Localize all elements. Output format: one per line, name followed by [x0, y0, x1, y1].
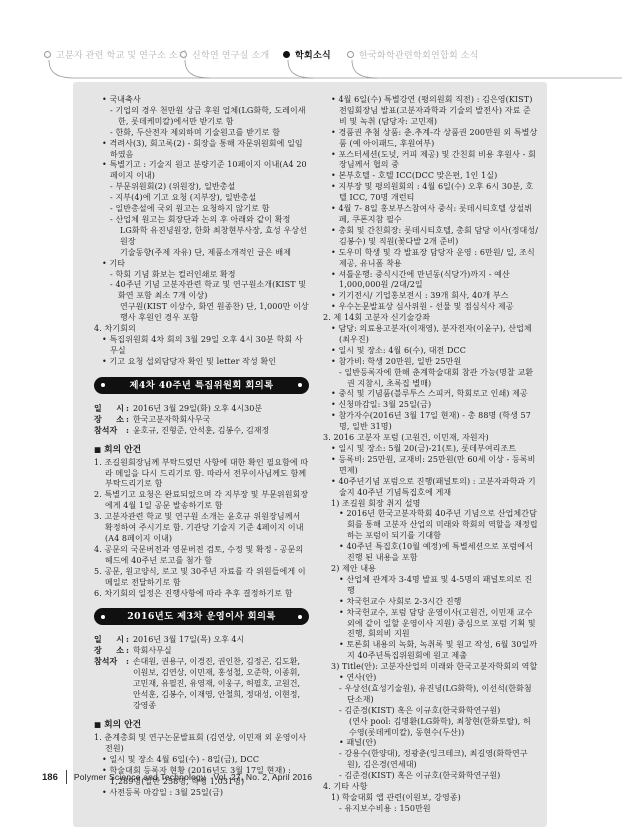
text-line: • 4월 7- 8일 홍보부스참여사 중식: 롯데시티호텔 상설뷔페, 쿠폰지참… — [323, 204, 538, 226]
text-line: 2. 제 14회 고분자 신기술강좌 — [323, 313, 538, 324]
spacer — [94, 599, 309, 606]
text-line: • 연사(안) — [323, 673, 538, 684]
meta-row: 장 소:한국고분자학회사무국 — [94, 414, 309, 425]
text-line: • 차국헌교수 사회로 2-3시간 진행 — [323, 597, 538, 608]
text-line: • 일시 및 장소: 4월 6(수), 대전 DCC — [323, 346, 538, 357]
text-line: - 지부(4)에 기고 요청 (지부장), 일반총설 — [94, 193, 309, 204]
square-bullet-icon: ■ — [94, 445, 101, 454]
text-line: • 특집위원회 4차 회의 3월 29일 오후 4시 30분 학회 사무실 — [94, 335, 309, 357]
meta-colon: : — [126, 645, 129, 656]
bar-dot-icon — [298, 615, 302, 619]
meta-value: 손대원, 권용구, 이경진, 권인찬, 김정곤, 김도환, 이원보, 김연상, … — [133, 656, 309, 711]
text-line: • 참가자수(2016년 3월 17일 현재) - 총 88명 (학생 57명,… — [323, 411, 538, 433]
text-line: 1. 춘계총회 및 연구논문발표회 (김연상, 이민재 외 운영이사 전원) — [94, 733, 309, 755]
square-bullet-icon: ■ — [94, 720, 101, 729]
text-line: • 40주년기념 포럼으로 진행(패널토의) : 고분자과학과 기술지 40주년… — [323, 477, 538, 499]
meta-colon: : — [126, 634, 129, 645]
text-line: • 총회 및 간친회장: 롯데시티호텔, 총회 담당 이사(정대성/ 김봉수) … — [323, 226, 538, 248]
left-column: • 국내축사- 기업의 경우 천만원 상금 후원 업체(LG화학, 도레이새한,… — [94, 95, 309, 815]
text-line: 1) 조길원 회장 취지 설명 — [323, 499, 538, 510]
spacer — [94, 368, 309, 375]
text-line: • 차국헌교수, 포럼 담당 운영이사(고원건, 이민재 교수 외에 같이 일할… — [323, 608, 538, 641]
page-footer: 186 Polymer Science and Technology Vol. … — [42, 770, 602, 784]
text-line: LG화학 유진녕원장, 한화 최창현부사장, 효성 우상선원장 — [94, 226, 309, 248]
text-line: • 신청마감일: 3월 25일(금) — [323, 400, 538, 411]
tab-label: 학회소식 — [295, 48, 331, 61]
meta-value: 한국고분자학회사무국 — [133, 414, 309, 425]
text-line: 1) 학술대회 앱 관련(이원보, 강영종) — [323, 793, 538, 804]
text-line: • 담당: 의료용고분자(이재영), 분자전자(이윤구), 산업체(최우진) — [323, 324, 538, 346]
agenda-heading-text: 회의 안건 — [104, 445, 141, 455]
text-line: - 유지보수비용 : 150만원 — [323, 804, 538, 815]
tab-circle-icon — [44, 51, 51, 58]
tab-lab-intro[interactable]: 신학연 연구실 소개 — [180, 48, 270, 61]
text-line: • 도우미 학생 및 각 발표장 담당자 운영 : 6만원/ 일, 조식 제공,… — [323, 248, 538, 270]
section-header-bar: 제4차 40주년 특집위원회 회의록 — [94, 377, 309, 394]
meta-colon: : — [126, 414, 129, 425]
spacer — [94, 711, 309, 718]
text-line: • 셔틀운행: 중식시간에 만년동(식당가)까지 - 예산 1,000,000원… — [323, 270, 538, 292]
text-line: - 기업의 경우 천만원 상금 후원 업체(LG화학, 도레이새한, 롯데케미칼… — [94, 106, 309, 128]
tab-polymer-schools[interactable]: 고분자 관련 학교 및 연구소 소개 — [44, 48, 187, 61]
text-line: • 본부호텔 - 호텔 ICC(DCC 맞은편, 1인 1실) — [323, 171, 538, 182]
agenda-heading-text: 회의 안건 — [104, 720, 141, 730]
text-line: 4. 공문의 국문버전과 영문버전 검토, 수정 및 확정 - 공문의 헤드에 … — [94, 545, 309, 567]
text-line: • 지부장 및 평의원회의 : 4월 6일(수) 오후 6시 30분, 호텔 I… — [323, 182, 538, 204]
text-line: 연구원(KIST 이상수, 화연 원종찬) 단, 1,000만 이상 행사 후원… — [94, 302, 309, 324]
section-header-bar: 2016년도 제3차 운영이사 회의록 — [94, 608, 309, 625]
meta-label: 장 소 — [94, 414, 124, 425]
text-line: - 김준경(KIST) 혹은 이규호(한국화학연구원) — [323, 706, 538, 717]
page-number: 186 — [42, 772, 58, 783]
meta-colon: : — [126, 403, 129, 414]
text-line: 2. 특별기고 요청은 완료되었으며 각 지부장 및 부문위원회장에게 4월 1… — [94, 490, 309, 512]
issue-info: Vol. 27, No. 2, April 2016 — [213, 772, 312, 782]
text-line: 6. 차기회의 일정은 진행사항에 따라 추후 결정하기로 함 — [94, 589, 309, 600]
text-line: • 우수논문발표상 심사위원 - 선물 및 점심식사 제공 — [323, 302, 538, 313]
text-line: - 학회 기념 화보는 컬러인쇄로 확정 — [94, 270, 309, 281]
meta-label: 장 소 — [94, 645, 124, 656]
tab-circle-icon — [180, 51, 187, 58]
meta-colon: : — [126, 425, 129, 436]
meta-label: 일 시 — [94, 634, 124, 645]
text-line: 5. 공문, 원고양식, 로고 및 30주년 자료를 각 위원들에게 이메일로 … — [94, 567, 309, 589]
tab-label: 고분자 관련 학교 및 연구소 소개 — [56, 48, 187, 61]
text-line: • 특별기고 : 기술지 원고 분량기준 10페이지 이내(A4 20페이지 이… — [94, 160, 309, 182]
text-line: • 격려사(3), 회고록(2) - 회장을 통해 자문위원회에 일임하였음 — [94, 139, 309, 161]
text-line: - 일반총설에 국외 원고는 요청하지 않기로 함 — [94, 204, 309, 215]
journal-title: Polymer Science and Technology — [74, 772, 206, 782]
text-line: - 한화, 두산전자 제외하며 기술원고를 받기로 함 — [94, 128, 309, 139]
bar-dot-icon — [298, 383, 302, 387]
meta-label: 참석자 — [94, 656, 124, 711]
meta-row: 일 시:2016년 3월 29일(화) 오후 4시30분 — [94, 403, 309, 414]
content-box: • 국내축사- 기업의 경우 천만원 상금 후원 업체(LG화학, 도레이새한,… — [73, 82, 547, 827]
text-line: - 산업체 원고는 회장단과 논의 후 아래와 같이 확정 — [94, 215, 309, 226]
meta-row: 일 시:2016년 3월 17일(목) 오후 4시 — [94, 634, 309, 645]
text-line: - 우상선(효성기술원), 유진녕(LG화학), 이선석(한화첨단소재) — [323, 684, 538, 706]
tab-label: 신학연 연구실 소개 — [192, 48, 270, 61]
text-line: 3) Title(안): 고분자산업의 미래와 한국고분자학회의 역할 — [323, 662, 538, 673]
meta-label: 참석자 — [94, 425, 124, 436]
text-line: 3. 고분자관련 학교 및 연구원 소개는 윤호규 위원장님께서 확정하여 주시… — [94, 512, 309, 545]
text-line: • 4월 6일(수) 특별강연 (평의원회 직전) : 김은영(KIST) 전임… — [323, 95, 538, 128]
text-line: 1. 조길원회장님께 부탁드렸던 사항에 대한 확인 필요함에 따라 메일을 다… — [94, 458, 309, 491]
meta-row: 장 소:학회사무실 — [94, 645, 309, 656]
right-column: • 4월 6일(수) 특별강연 (평의원회 직전) : 김은영(KIST) 전임… — [323, 95, 538, 815]
tab-circle-icon — [283, 51, 290, 58]
text-line: • 기고 요청 섭외담당자 확인 및 letter 작성 확인 — [94, 357, 309, 368]
meta-row: 참석자:윤호규, 진형준, 안석훈, 김봉수, 김재정 — [94, 425, 309, 436]
section-title: 제4차 40주년 특집위원회 회의록 — [105, 377, 298, 394]
text-line: • 기기전시/ 기업홍보전시 : 39개 회사, 40개 부스 — [323, 291, 538, 302]
text-line: - 부문위원회(2) (위원장), 일반총설 — [94, 182, 309, 193]
spacer — [94, 396, 309, 403]
agenda-heading: ■회의 안건 — [94, 444, 309, 456]
tab-society-news[interactable]: 학회소식 — [283, 48, 331, 61]
text-line: • 경품권 추첨 상품: 춘.추계-각 상품권 200만원 외 특별상품 (예 … — [323, 128, 538, 150]
text-line: 3. 2016 고분자 포럼 (고원건, 이민재, 자원자) — [323, 433, 538, 444]
meta-colon: : — [126, 656, 129, 711]
spacer — [94, 436, 309, 443]
text-line: - 40주년 기념 고분자관련 학교 및 연구원소개(KIST 및 화연 포함 … — [94, 280, 309, 302]
meta-value: 학회사무실 — [133, 645, 309, 656]
text-line: • 사전등록 마감일 : 3월 25일(금) — [94, 788, 309, 799]
text-line: • 2016년 한국고분자학회 40주년 기념으로 산업체간담회를 통해 고분자… — [323, 509, 538, 542]
text-line: • 산업체 관계자 3-4명 발표 및 4-5명의 패널토의로 진행 — [323, 575, 538, 597]
meta-label: 일 시 — [94, 403, 124, 414]
meta-value: 윤호규, 진형준, 안석훈, 김봉수, 김재정 — [133, 425, 309, 436]
text-line: • 40주년 특집호(10월 예정)에 특별세션으로 포럼에서 진행 된 내용을… — [323, 542, 538, 564]
text-line: 기술동향(주제 자유) 단, 제품소개적인 글은 배제 — [94, 248, 309, 259]
tab-circle-icon — [347, 51, 354, 58]
text-line: - 일반등록자에 한해 춘계학술대회 참관 가능(명찰 교환권 지참시, 초록집… — [323, 368, 538, 390]
tab-label: 한국화학관련학회연합회 소식 — [359, 48, 479, 61]
text-line: • 중식 및 기념품(블루투스 스피커, 학회로고 인쇄) 제공 — [323, 389, 538, 400]
text-line: • 등록비: 25만원, 교재비: 25만원(만 60세 이상 - 등록비 면제… — [323, 455, 538, 477]
text-line: • 기타 — [94, 259, 309, 270]
text-line: • 일시 및 장소 4월 6일(수) - 8일(금), DCC — [94, 755, 309, 766]
meta-value: 2016년 3월 17일(목) 오후 4시 — [133, 634, 309, 645]
text-line: • 토론회 내용의 녹화, 녹취록 및 원고 작성, 6월 30일까지 40주년… — [323, 640, 538, 662]
text-line: - 강용수(한양대), 정광춘(잉크테크), 최길영(화학연구원), 김은경(연… — [323, 749, 538, 771]
tab-chem-federation-news[interactable]: 한국화학관련학회연합회 소식 — [347, 48, 479, 61]
text-line: 4. 차기회의 — [94, 324, 309, 335]
text-line: • 패널(안) — [323, 738, 538, 749]
footer-divider — [66, 770, 67, 784]
text-line: • 포스터세션(도넛, 커피 제공) 및 간친회 비용 후원사 - 회장님께서 … — [323, 150, 538, 172]
agenda-heading: ■회의 안건 — [94, 719, 309, 731]
meta-value: 2016년 3월 29일(화) 오후 4시30분 — [133, 403, 309, 414]
text-line: • 일시 및 장소: 5월 20(금)-21(토), 롯데부여리조트 — [323, 444, 538, 455]
text-line: (연사 pool: 김명환(LG화학), 최창현(한화토탈), 허수영(롯데케미… — [323, 717, 538, 739]
text-line: • 참가비: 학생 20만원, 일반 25만원 — [323, 357, 538, 368]
text-line: • 국내축사 — [94, 95, 309, 106]
spacer — [94, 627, 309, 634]
meta-row: 참석자:손대원, 권용구, 이경진, 권인찬, 김정곤, 김도환, 이원보, 김… — [94, 656, 309, 711]
text-line: 2) 제안 내용 — [323, 564, 538, 575]
section-title: 2016년도 제3차 운영이사 회의록 — [105, 608, 298, 625]
